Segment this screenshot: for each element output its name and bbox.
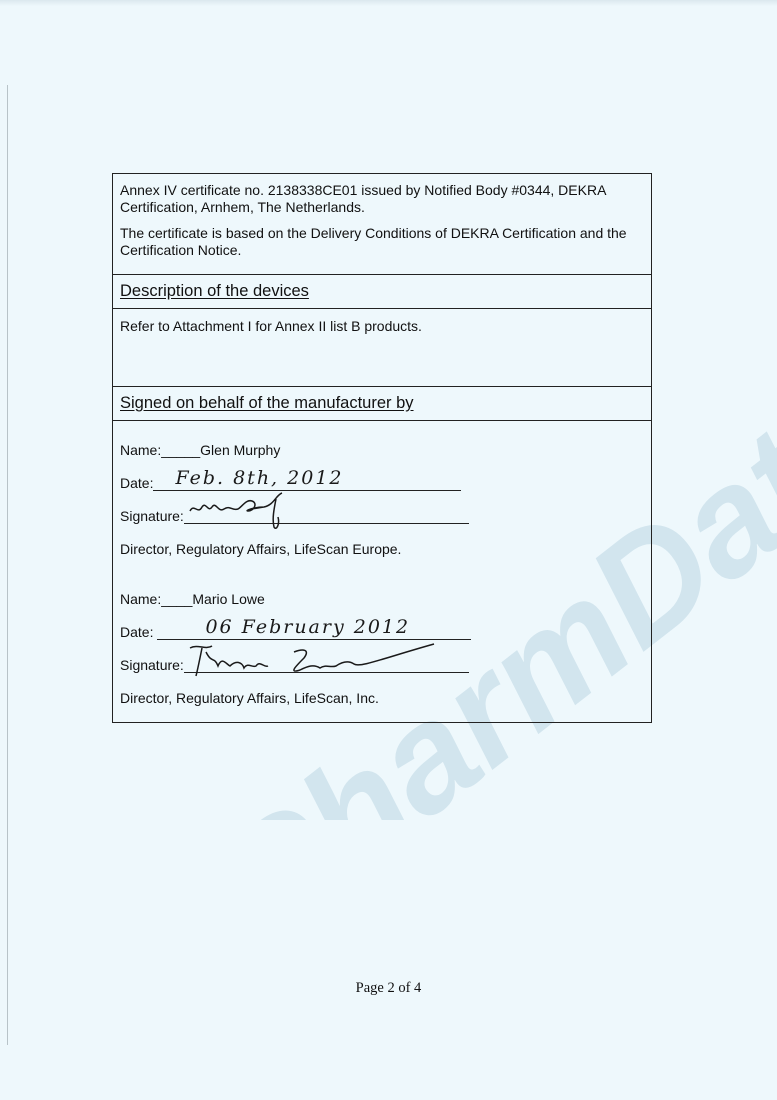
certificate-paragraph-1: Annex IV certificate no. 2138338CE01 iss… [120, 182, 644, 216]
signature-label: Signature: [120, 508, 184, 524]
name-underscore: _____ [161, 442, 200, 458]
signatures-heading: Signed on behalf of the manufacturer by [120, 394, 414, 413]
name-label: Name: [120, 442, 161, 458]
scan-left-edge [7, 85, 8, 1045]
signer-role: Director, Regulatory Affairs, LifeScan E… [120, 541, 401, 557]
page-number: Page 2 of 4 [0, 980, 777, 997]
signature-scribble-icon [184, 638, 454, 678]
handwritten-date: Feb. 8th, 2012 [175, 467, 343, 489]
signature-line [184, 505, 469, 524]
role-row: Director, Regulatory Affairs, LifeScan E… [120, 535, 644, 557]
description-text: Refer to Attachment I for Annex II list … [120, 318, 422, 334]
certificate-intro-section: Annex IV certificate no. 2138338CE01 iss… [113, 174, 651, 275]
date-label: Date: [120, 475, 153, 491]
signature-line [184, 654, 469, 673]
signatures-heading-section: Signed on behalf of the manufacturer by [113, 387, 651, 421]
signer-block: Name: _____ Glen Murphy Date: Feb. 8th, … [120, 436, 644, 557]
name-label: Name: [120, 591, 161, 607]
description-heading-section: Description of the devices [113, 275, 651, 309]
certificate-box: Annex IV certificate no. 2138338CE01 iss… [112, 173, 652, 723]
signer-name: Glen Murphy [200, 442, 280, 458]
signer-block: Name: ____ Mario Lowe Date: 06 February … [120, 585, 644, 706]
scan-top-edge [0, 0, 777, 6]
signature-scribble-icon [184, 489, 304, 529]
description-section: Refer to Attachment I for Annex II list … [113, 309, 651, 387]
signer-name: Mario Lowe [192, 591, 264, 607]
signature-label: Signature: [120, 657, 184, 673]
signers-section: Name: _____ Glen Murphy Date: Feb. 8th, … [113, 421, 651, 706]
handwritten-date: 06 February 2012 [205, 616, 410, 638]
name-underscore: ____ [161, 591, 192, 607]
signature-row: Signature: [120, 651, 644, 673]
date-label: Date: [120, 624, 153, 640]
certificate-paragraph-2: The certificate is based on the Delivery… [120, 225, 644, 259]
name-row: Name: _____ Glen Murphy [120, 436, 644, 458]
signer-role: Director, Regulatory Affairs, LifeScan, … [120, 690, 379, 706]
date-row: Date: Feb. 8th, 2012 [120, 469, 644, 491]
name-row: Name: ____ Mario Lowe [120, 585, 644, 607]
description-heading: Description of the devices [120, 282, 309, 301]
signature-row: Signature: [120, 502, 644, 524]
date-row: Date: 06 February 2012 [120, 618, 644, 640]
role-row: Director, Regulatory Affairs, LifeScan, … [120, 684, 644, 706]
